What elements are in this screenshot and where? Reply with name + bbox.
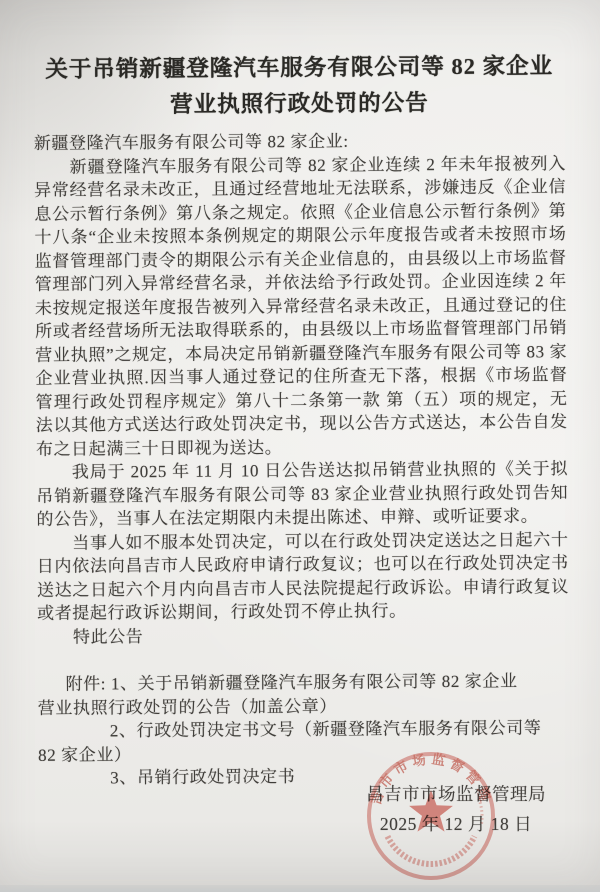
seal-star-icon (409, 790, 453, 832)
paragraph-3: 当事人如不服本处罚决定，可以在行政处罚决定送达之日起六十日内依法向昌吉市人民政府… (37, 528, 570, 626)
paragraph-2: 我局于 2025 年 11 月 10 日公告送达拟吊销营业执照的《关于拟吊销新疆… (36, 457, 568, 531)
attachment-line-3: 2、行政处罚决定书文号（新疆登隆汽车服务有限公司等 (38, 716, 570, 743)
paragraph-closing: 特此公告 (37, 622, 569, 649)
seal-uyghur-script (388, 836, 475, 864)
official-seal: 昌吉市市场监督管理局 (364, 749, 498, 883)
document-body: 新疆登隆汽车服务有限公司等 82 家企业: 新疆登隆汽车服务有限公司等 82 家… (34, 128, 571, 790)
document-title-line-2: 营业执照行政处罚的公告 (170, 90, 429, 117)
document-content: 关于吊销新疆登隆汽车服务有限公司等 82 家企业 营业执照行政处罚的公告 新疆登… (33, 0, 570, 790)
document-title-line-1: 关于吊销新疆登隆汽车服务有限公司等 82 家企业 (45, 53, 553, 82)
attachment-line-1: 附件: 1、关于吊销新疆登隆汽车服务有限公司等 82 家企业 (37, 669, 569, 696)
document-title: 关于吊销新疆登隆汽车服务有限公司等 82 家企业 营业执照行政处罚的公告 (33, 48, 565, 124)
paragraph-1: 新疆登隆汽车服务有限公司等 82 家企业连续 2 年未年报被列入异常经营名录未改… (34, 152, 568, 461)
bottom-scan-shadow (0, 885, 600, 892)
announcement-page: 关于吊销新疆登隆汽车服务有限公司等 82 家企业 营业执照行政处罚的公告 新疆登… (0, 0, 600, 892)
